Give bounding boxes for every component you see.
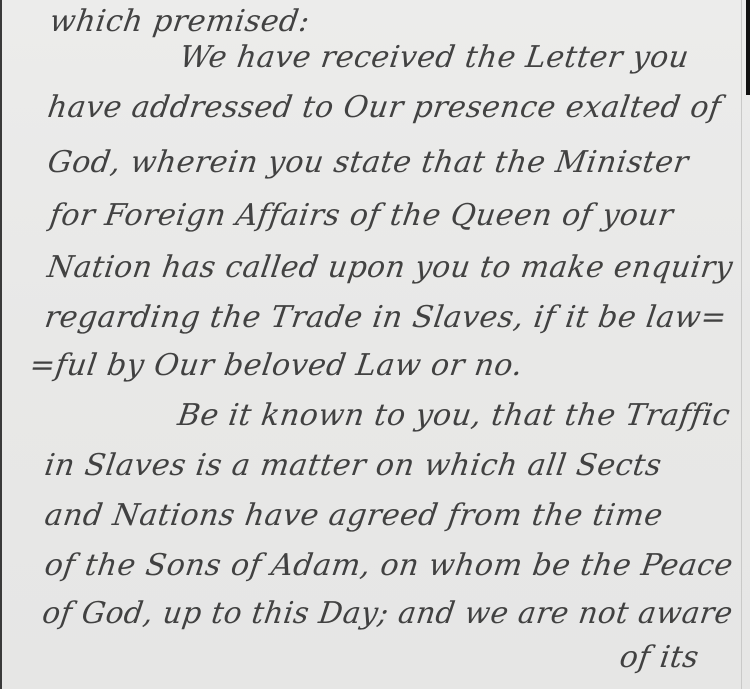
page-left-edge [0, 0, 2, 689]
text-line: which premised: [48, 4, 312, 39]
text-line: have addressed to Our presence exalted o… [46, 90, 724, 125]
text-line: in Slaves is a matter on which all Sects [43, 448, 664, 483]
text-line: God, wherein you state that the Minister [46, 145, 691, 180]
text-line: We have received the Letter you [178, 40, 692, 75]
page-right-shadow [746, 0, 750, 95]
text-line: =ful by Our beloved Law or no. [28, 348, 526, 383]
page-right-fold [741, 0, 742, 689]
text-line: and Nations have agreed from the time [43, 498, 666, 533]
text-line: of the Sons of Adam, on whom be the Peac… [43, 548, 736, 583]
manuscript-page: which premised: We have received the Let… [0, 0, 750, 689]
text-line: Nation has called upon you to make enqui… [45, 250, 735, 285]
catchword: of its [618, 640, 702, 675]
text-line: Be it known to you, that the Traffic [176, 398, 733, 433]
text-line: of God, up to this Day; and we are not a… [40, 596, 735, 631]
text-line: regarding the Trade in Slaves, if it be … [43, 300, 730, 335]
text-line: for Foreign Affairs of the Queen of your [48, 198, 676, 233]
